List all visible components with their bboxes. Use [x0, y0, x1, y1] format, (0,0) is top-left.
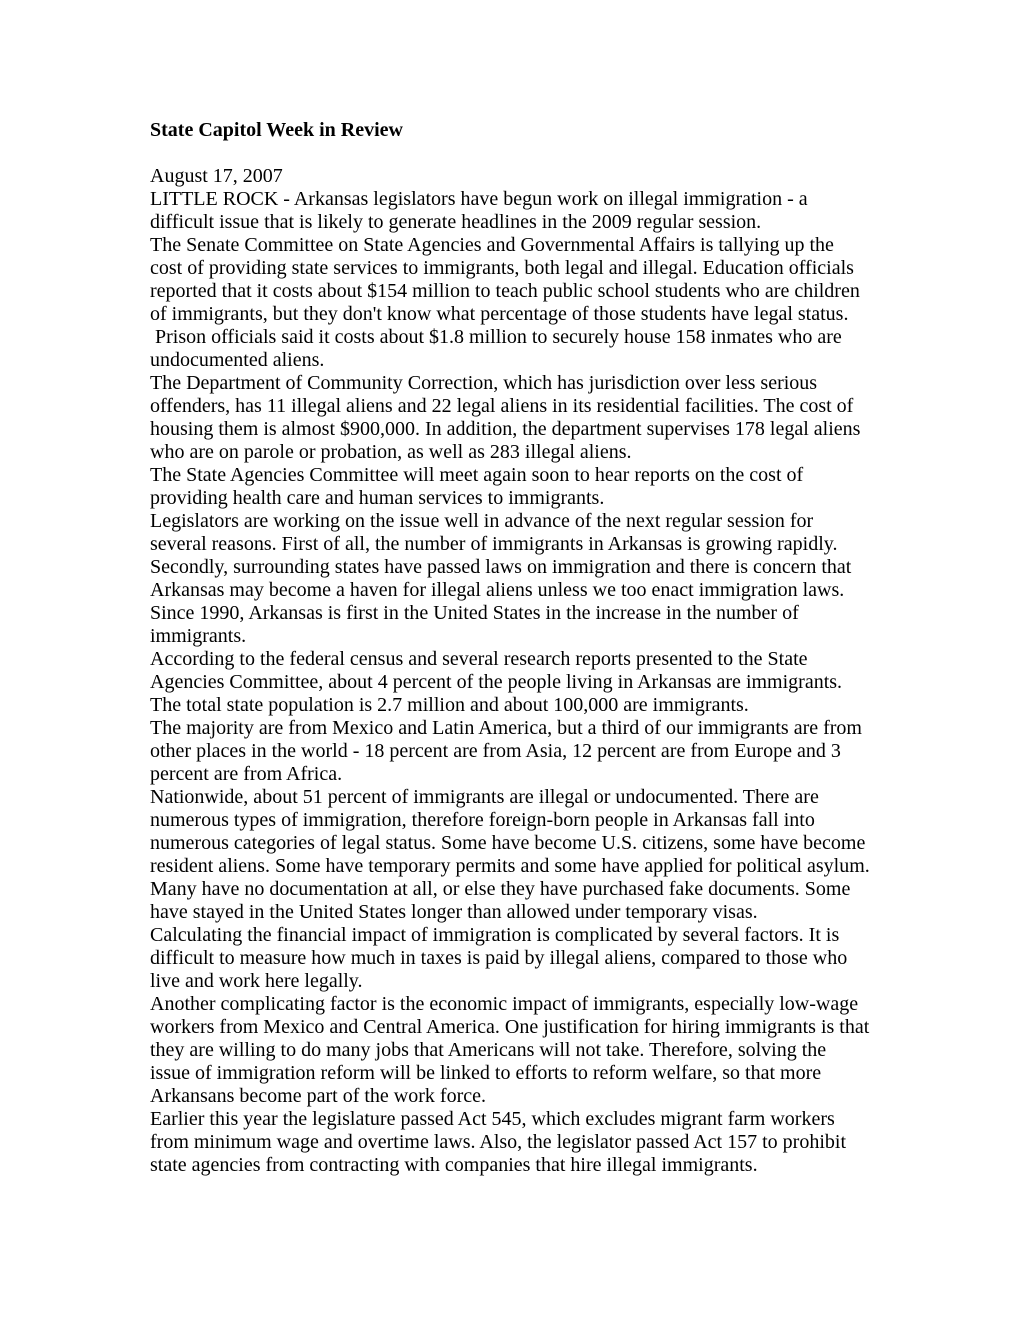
paragraph: Since 1990, Arkansas is first in the Uni… [150, 602, 870, 648]
paragraph: Another complicating factor is the econo… [150, 993, 870, 1108]
paragraph: LITTLE ROCK - Arkansas legislators have … [150, 188, 870, 234]
paragraph: According to the federal census and seve… [150, 648, 870, 694]
paragraph: The total state population is 2.7 millio… [150, 694, 870, 717]
document-title: State Capitol Week in Review [150, 119, 870, 142]
paragraph: Legislators are working on the issue wel… [150, 510, 870, 556]
paragraph: Nationwide, about 51 percent of immigran… [150, 786, 870, 878]
paragraph: The Department of Community Correction, … [150, 372, 870, 464]
document-body: August 17, 2007LITTLE ROCK - Arkansas le… [150, 165, 870, 1177]
paragraph: August 17, 2007 [150, 165, 870, 188]
paragraph: Prison officials said it costs about $1.… [150, 326, 870, 372]
paragraph: Many have no documentation at all, or el… [150, 878, 870, 924]
paragraph: The majority are from Mexico and Latin A… [150, 717, 870, 786]
paragraph: Secondly, surrounding states have passed… [150, 556, 870, 602]
paragraph: The State Agencies Committee will meet a… [150, 464, 870, 510]
document-page: State Capitol Week in Review August 17, … [0, 0, 1020, 1320]
paragraph: Calculating the financial impact of immi… [150, 924, 870, 993]
paragraph: Earlier this year the legislature passed… [150, 1108, 870, 1177]
paragraph: The Senate Committee on State Agencies a… [150, 234, 870, 326]
